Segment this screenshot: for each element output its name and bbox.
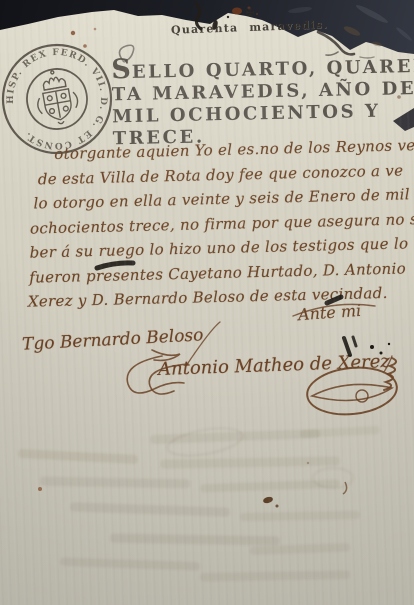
document-photo: HISP. REX FERD. VII. D. G. ET CONST.: [0, 0, 414, 605]
manuscript-body: otorgante aquien Yo el es.no de los Reyn…: [24, 133, 412, 314]
cross-icon: ✠: [246, 8, 254, 19]
